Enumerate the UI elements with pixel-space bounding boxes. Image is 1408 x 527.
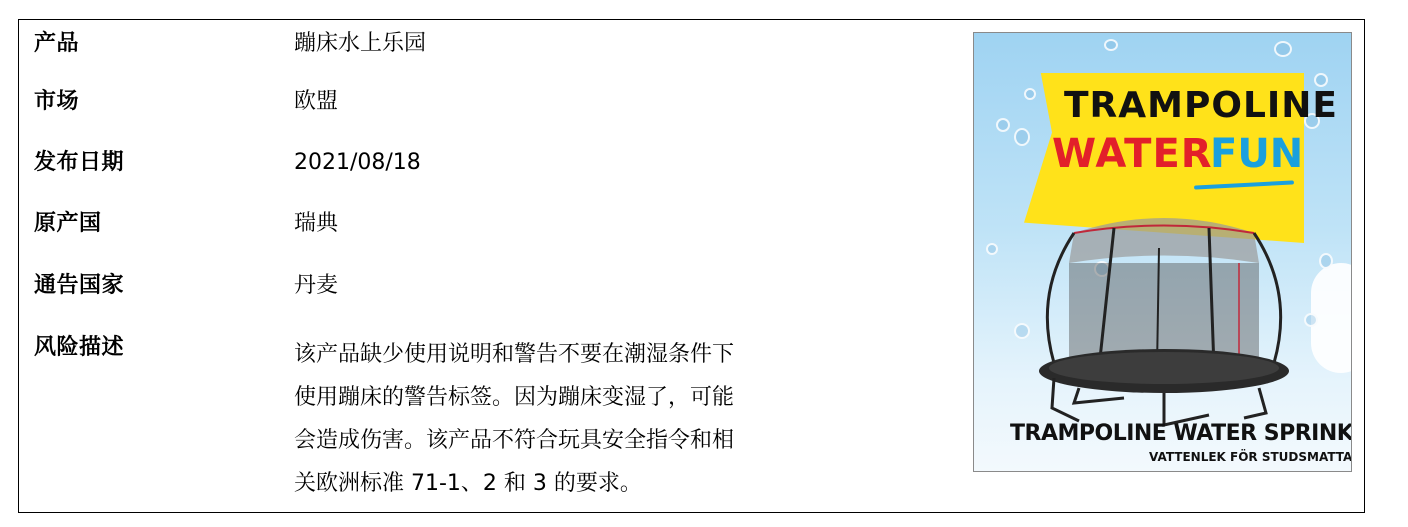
value-product: 蹦床水上乐园 — [294, 31, 426, 57]
risk-line: 会造成伤害。该产品不符合玩具安全指令和相 — [294, 419, 794, 462]
water-bubble — [996, 118, 1010, 132]
water-bubble — [1304, 313, 1318, 327]
caption-main: TRAMPOLINE WATER SPRINKLE — [1010, 421, 1352, 446]
label-notifying-country: 通告国家 — [34, 273, 124, 299]
label-product: 产品 — [34, 31, 79, 57]
label-publish-date: 发布日期 — [34, 150, 124, 176]
value-origin-country: 瑞典 — [294, 211, 338, 237]
label-risk-description: 风险描述 — [34, 335, 124, 361]
risk-line: 使用蹦床的警告标签。因为蹦床变湿了，可能 — [294, 376, 794, 419]
title-water: WATER — [1052, 131, 1213, 177]
trampoline-icon — [1034, 203, 1294, 433]
water-bubble — [1014, 128, 1030, 146]
product-photo: TRAMPOLINE WATER FUN TRAMPOLINE WATER SP… — [973, 32, 1352, 472]
risk-description-text: 该产品缺少使用说明和警告不要在潮湿条件下 使用蹦床的警告标签。因为蹦床变湿了，可… — [294, 333, 794, 505]
value-publish-date: 2021/08/18 — [294, 150, 421, 176]
title-trampoline: TRAMPOLINE — [1064, 85, 1338, 126]
water-bubble — [1104, 39, 1118, 51]
water-bubble — [1014, 323, 1030, 339]
water-bubble — [986, 243, 998, 255]
risk-line: 该产品缺少使用说明和警告不要在潮湿条件下 — [294, 333, 794, 376]
caption-sub: VATTENLEK FÖR STUDSMATTA — [1149, 450, 1352, 464]
label-market: 市场 — [34, 89, 79, 115]
value-notifying-country: 丹麦 — [294, 273, 338, 299]
water-bubble — [1024, 88, 1036, 100]
water-bubble — [1319, 253, 1333, 269]
title-fun: FUN — [1210, 131, 1303, 177]
risk-line: 关欧洲标准 71-1、2 和 3 的要求。 — [294, 462, 794, 505]
label-origin-country: 原产国 — [34, 211, 102, 237]
value-market: 欧盟 — [294, 89, 338, 115]
water-bubble — [1274, 41, 1292, 57]
